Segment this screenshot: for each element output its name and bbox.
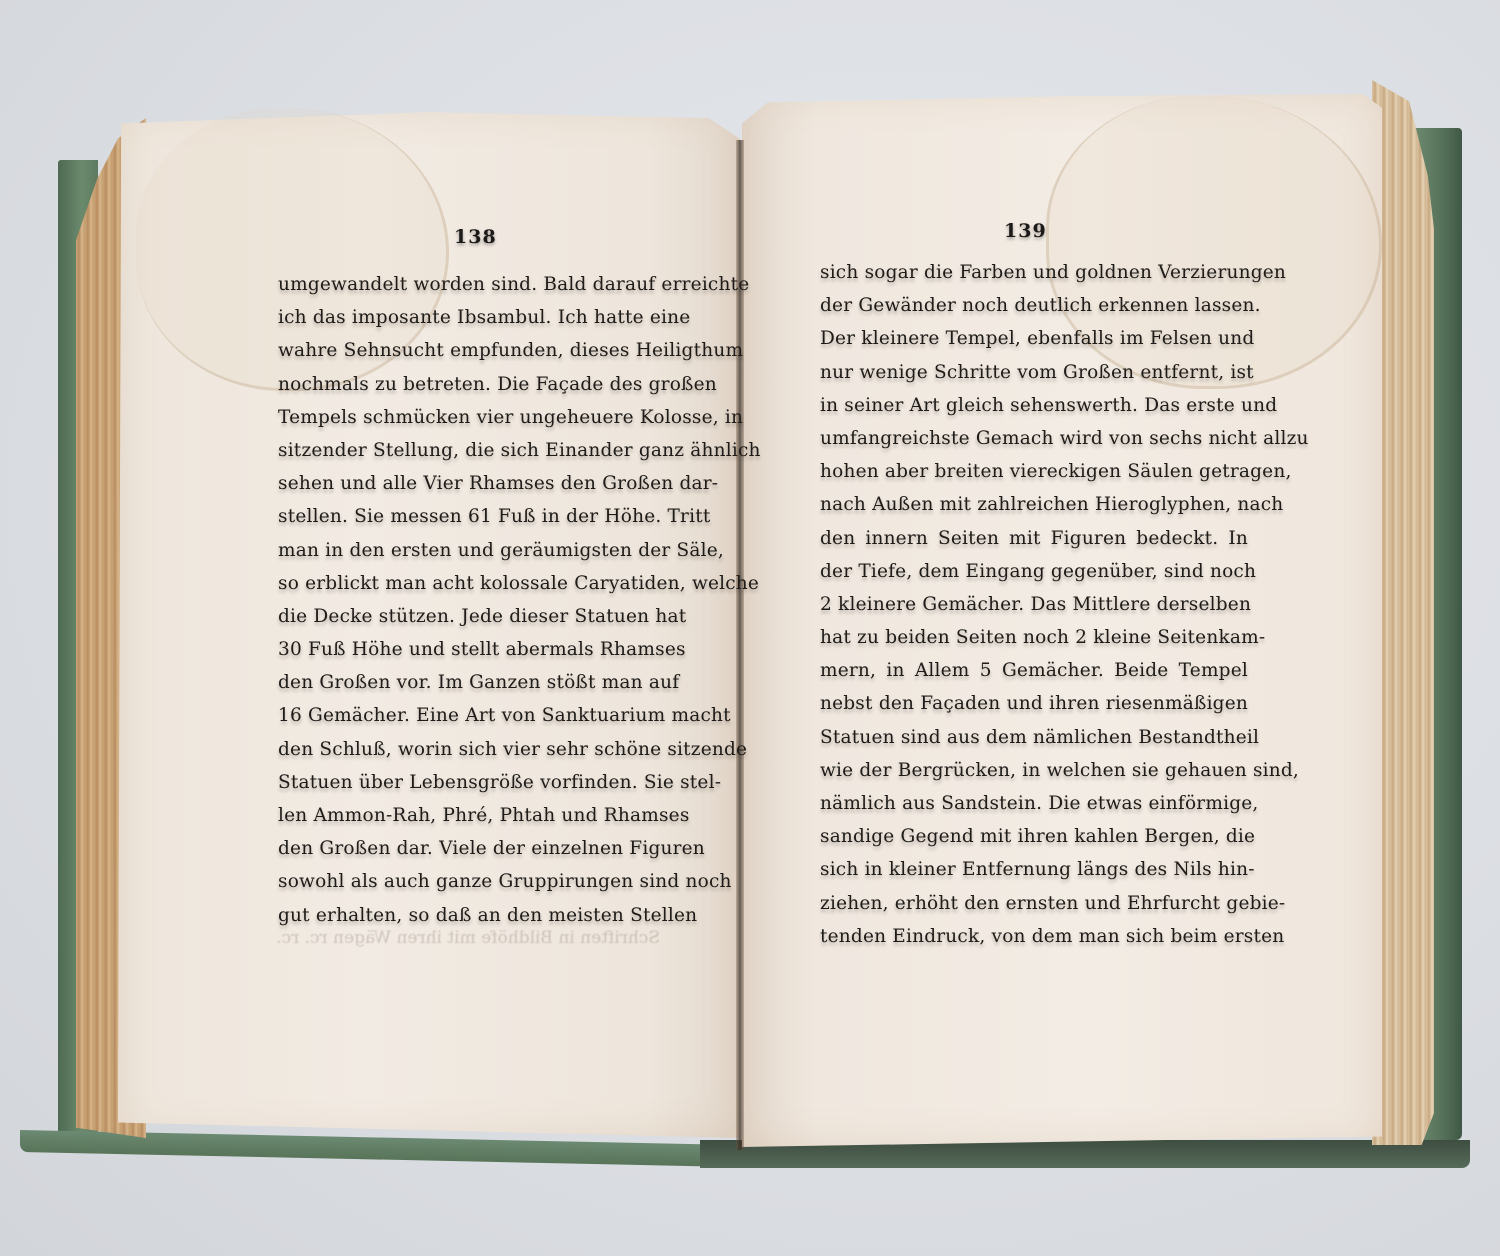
photo-scene: 138 139 umgewandelt worden sind. Bald da… [0, 0, 1500, 1256]
text-line: nebst den Façaden und ihren riesenmäßige… [820, 687, 1248, 720]
text-line: hohen aber breiten viereckigen Säulen ge… [820, 455, 1248, 488]
text-line: 2 kleinere Gemächer. Das Mittlere dersel… [820, 588, 1248, 621]
bleed-through-text: Schriften in Bildhöfe mit ihren Wägen rc… [240, 928, 660, 948]
page-number-right: 139 [1004, 220, 1047, 242]
text-line: wahre Sehnsucht empfunden, dieses Heilig… [278, 334, 650, 367]
text-line: den innern Seiten mit Figuren bedeckt. I… [820, 522, 1248, 555]
text-line: gut erhalten, so daß an den meisten Stel… [278, 899, 650, 932]
text-line: sich in kleiner Entfernung längs des Nil… [820, 853, 1248, 886]
text-line: sowohl als auch ganze Gruppirungen sind … [278, 865, 650, 898]
text-line: sehen und alle Vier Rhamses den Großen d… [278, 467, 650, 500]
text-line: hat zu beiden Seiten noch 2 kleine Seite… [820, 621, 1248, 654]
text-line: so erblickt man acht kolossale Caryatide… [278, 567, 650, 600]
text-line: 30 Fuß Höhe und stellt abermals Rhamses [278, 633, 650, 666]
text-line: tenden Eindruck, von dem man sich beim e… [820, 920, 1248, 953]
text-line: Tempels schmücken vier ungeheuere Koloss… [278, 401, 650, 434]
right-page-text: sich sogar die Farben und goldnen Verzie… [820, 256, 1248, 953]
text-line: umfangreichste Gemach wird von sechs nic… [820, 422, 1248, 455]
text-line: wie der Bergrücken, in welchen sie gehau… [820, 754, 1248, 787]
text-line: 16 Gemächer. Eine Art von Sanktuarium ma… [278, 699, 650, 732]
text-line: die Decke stützen. Jede dieser Statuen h… [278, 600, 650, 633]
left-page-text: umgewandelt worden sind. Bald darauf err… [278, 268, 650, 932]
text-line: Statuen sind aus dem nämlichen Bestandth… [820, 721, 1248, 754]
text-line: Statuen über Lebensgröße vorfinden. Sie … [278, 766, 650, 799]
text-line: sich sogar die Farben und goldnen Verzie… [820, 256, 1248, 289]
text-line: nochmals zu betreten. Die Façade des gro… [278, 368, 650, 401]
text-line: nämlich aus Sandstein. Die etwas einförm… [820, 787, 1248, 820]
text-line: stellen. Sie messen 61 Fuß in der Höhe. … [278, 500, 650, 533]
text-line: der Tiefe, dem Eingang gegenüber, sind n… [820, 555, 1248, 588]
page-number-left: 138 [454, 226, 497, 248]
text-line: umgewandelt worden sind. Bald darauf err… [278, 268, 650, 301]
text-line: nach Außen mit zahlreichen Hieroglyphen,… [820, 488, 1248, 521]
text-line: der Gewänder noch deutlich erkennen lass… [820, 289, 1248, 322]
cover-bottom-left-edge [20, 1130, 720, 1167]
text-line: Der kleinere Tempel, ebenfalls im Felsen… [820, 322, 1248, 355]
text-line: ich das imposante Ibsambul. Ich hatte ei… [278, 301, 650, 334]
text-line: nur wenige Schritte vom Großen entfernt,… [820, 356, 1248, 389]
text-line: sandige Gegend mit ihren kahlen Bergen, … [820, 820, 1248, 853]
text-line: len Ammon-Rah, Phré, Phtah und Rhamses [278, 799, 650, 832]
text-line: sitzender Stellung, die sich Einander ga… [278, 434, 650, 467]
text-line: ziehen, erhöht den ernsten und Ehrfurcht… [820, 887, 1248, 920]
text-line: den Schluß, worin sich vier sehr schöne … [278, 733, 650, 766]
text-line: man in den ersten und geräumigsten der S… [278, 534, 650, 567]
text-line: den Großen vor. Im Ganzen stößt man auf [278, 666, 650, 699]
text-line: mern, in Allem 5 Gemächer. Beide Tempel [820, 654, 1248, 687]
text-line: den Großen dar. Viele der einzelnen Figu… [278, 832, 650, 865]
text-line: in seiner Art gleich sehenswerth. Das er… [820, 389, 1248, 422]
